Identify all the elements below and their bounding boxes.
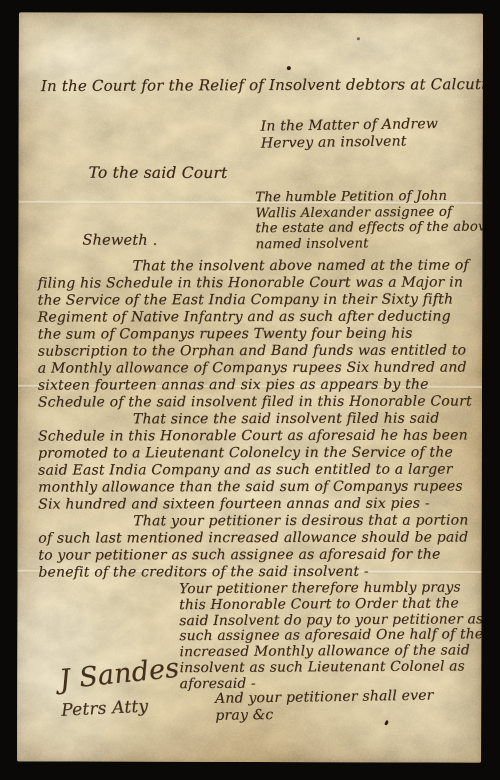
photo-frame: In the Court for the Relief of Insolvent… [0, 0, 500, 780]
sheweth-label: Sheweth . [82, 233, 157, 249]
attorney-signature: J Sandes [58, 653, 181, 696]
petition-intro-line-3: the estate and effects of the above [255, 220, 483, 237]
ink-speck [357, 37, 360, 40]
paragraph-3: That your petitioner is desirous that a … [38, 512, 474, 581]
closing-line-2: pray &c [215, 704, 434, 724]
petition-intro-line-2: Wallis Alexander assignee of [255, 204, 483, 221]
prayer-paragraph: Your petitioner therefore humbly prays t… [179, 580, 483, 692]
matter-line-1: In the Matter of Andrew [260, 116, 438, 136]
petition-body: That the insolvent above named at the ti… [37, 257, 474, 581]
closing-line-1: And your petitioner shall ever [215, 688, 434, 708]
court-heading: In the Court for the Relief of Insolvent… [41, 75, 483, 95]
ink-speck [384, 720, 389, 726]
matter-caption: In the Matter of Andrew Hervey an insolv… [260, 116, 438, 153]
salutation: To the said Court [89, 164, 228, 182]
paragraph-1: That the insolvent above named at the ti… [37, 257, 473, 411]
petition-intro-line-1: The humble Petition of John [255, 188, 483, 205]
paragraph-2: That since the said insolvent filed his … [38, 410, 474, 513]
closing-lines: And your petitioner shall ever pray &c [215, 688, 434, 724]
attorney-role: Petrs Atty [61, 696, 149, 720]
matter-line-2: Hervey an insolvent [261, 133, 439, 153]
ink-speck [287, 66, 291, 70]
document-page: In the Court for the Relief of Insolvent… [17, 12, 483, 762]
petition-intro-line-4: named insolvent [256, 235, 483, 252]
petition-intro: The humble Petition of John Wallis Alexa… [255, 188, 483, 252]
